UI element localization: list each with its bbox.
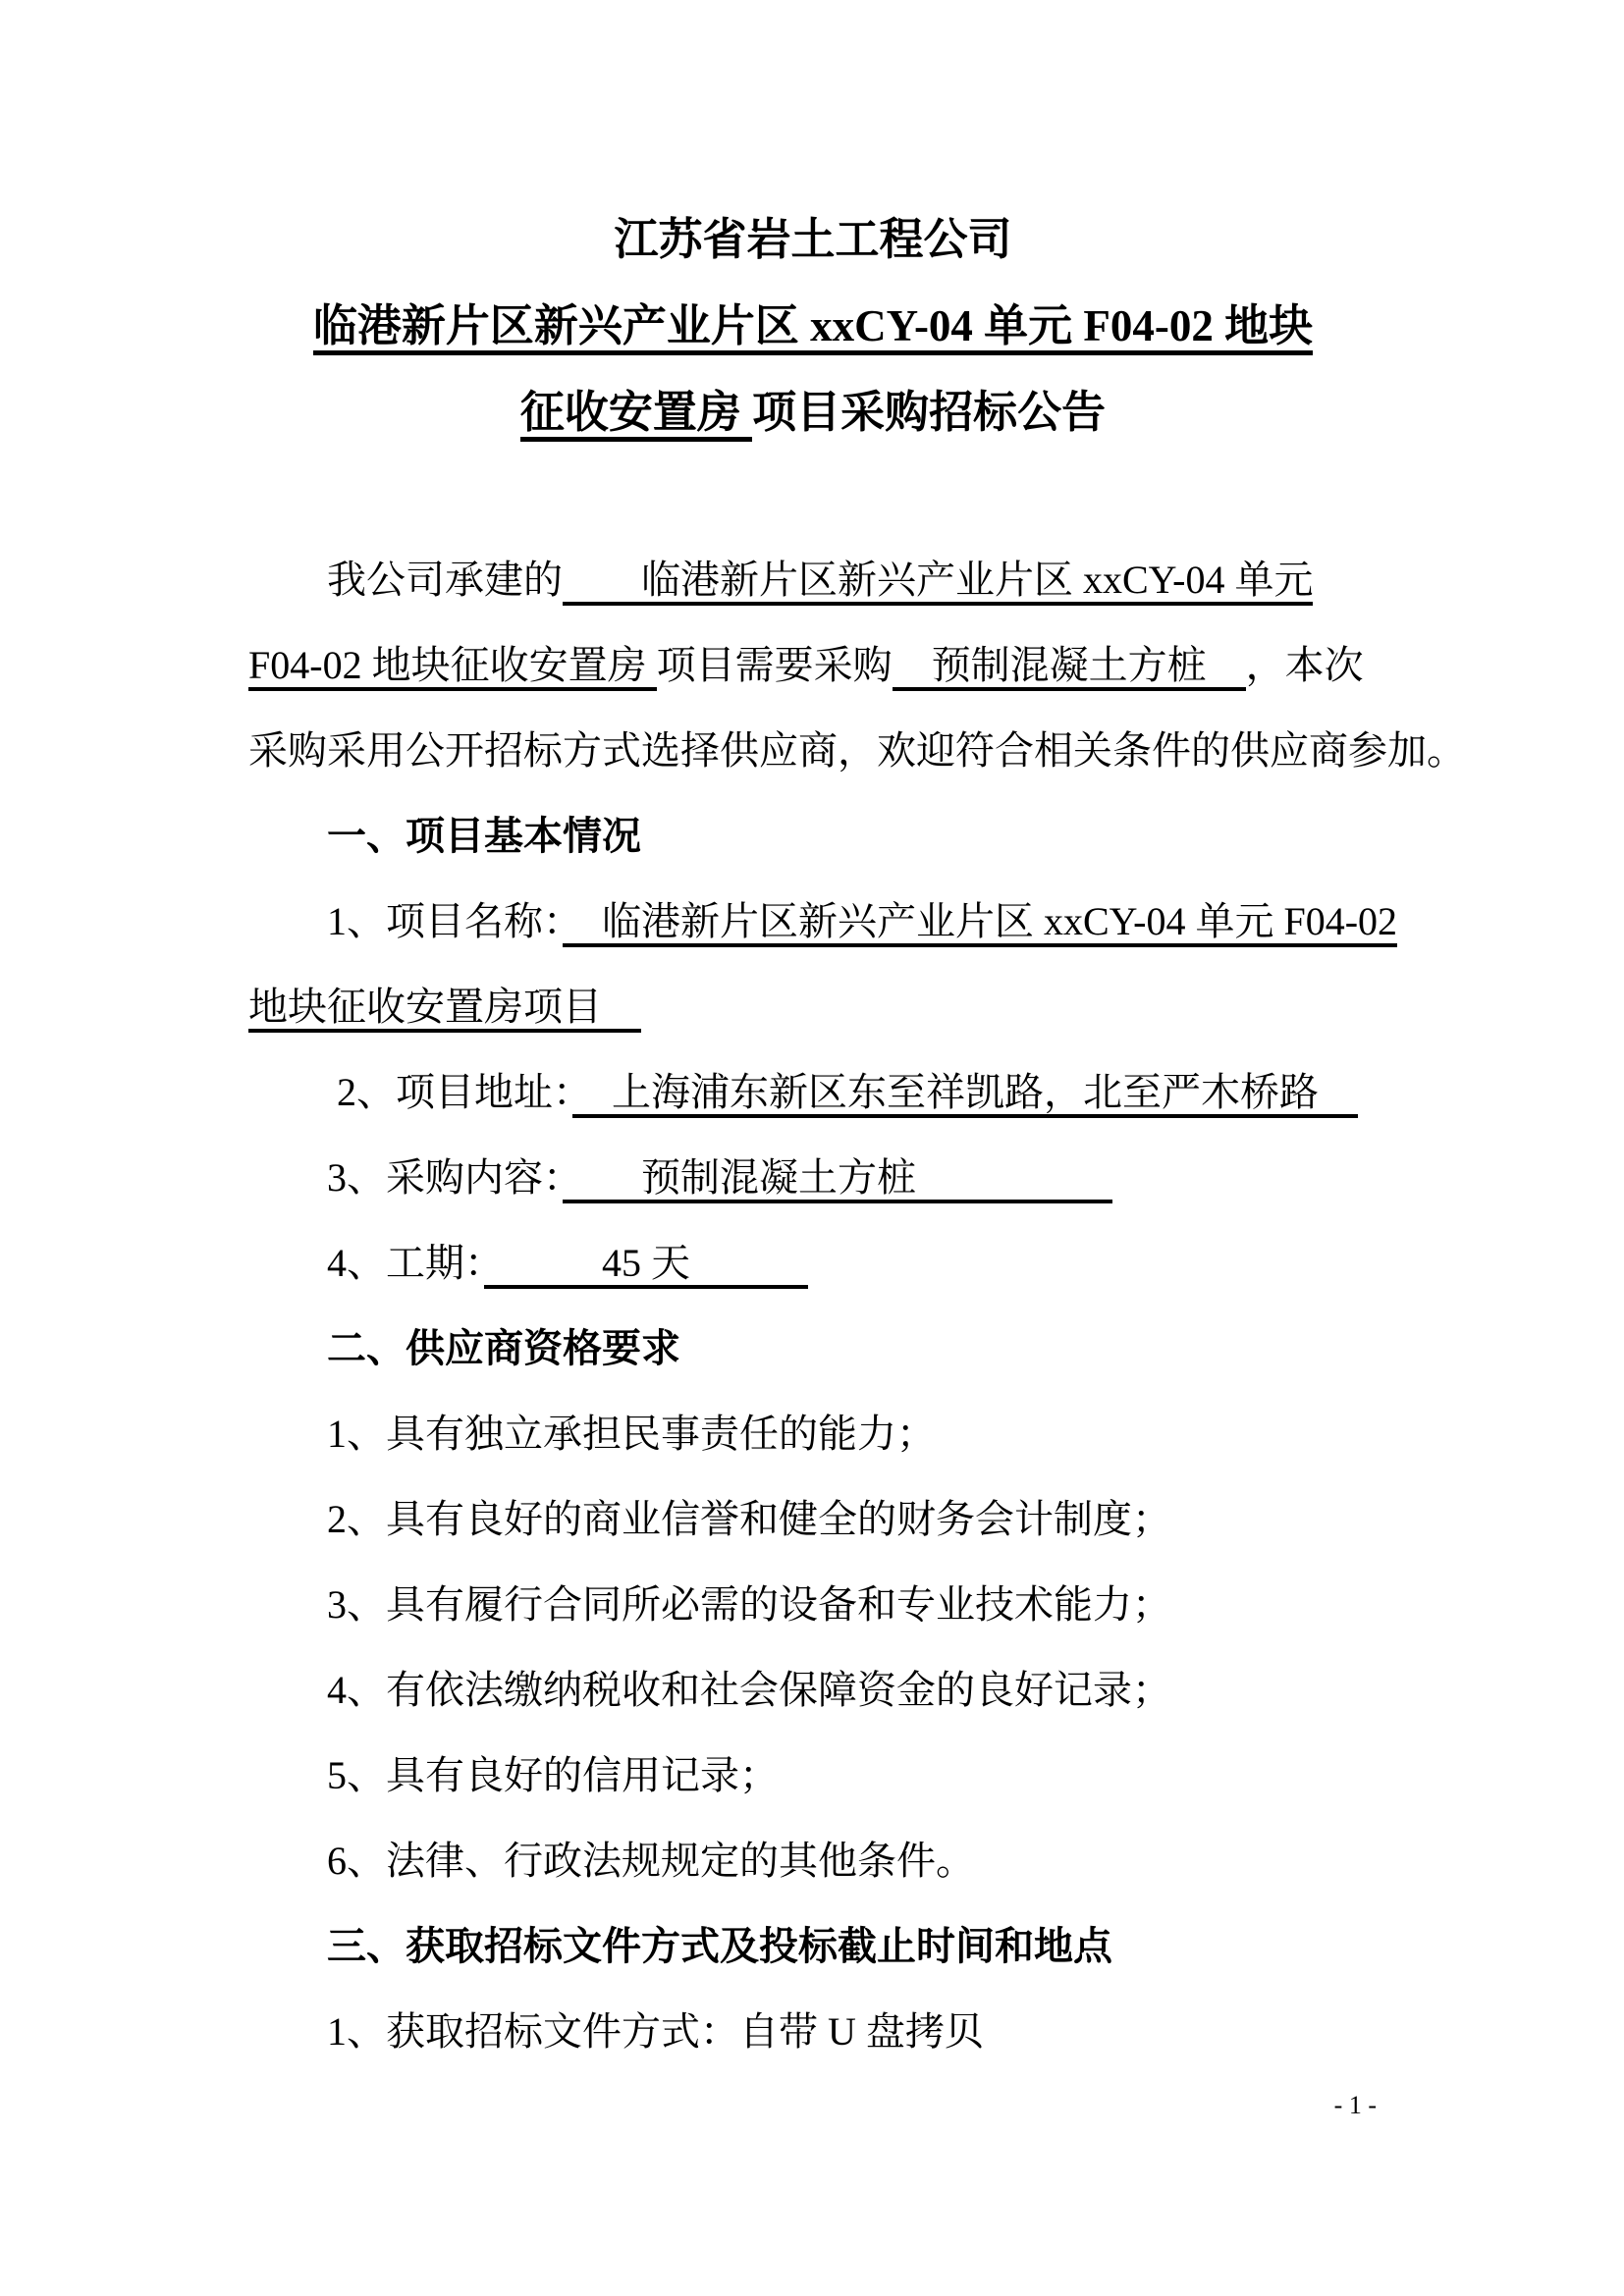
text-segment: 1、获取招标文件方式：自带 U 盘拷贝: [327, 2009, 984, 2054]
body-line: 1、具有独立承担民事责任的能力；: [248, 1391, 1387, 1476]
body-line: 1、项目名称： 临港新片区新兴产业片区 xxCY-04 单元 F04-02: [248, 879, 1387, 964]
body-line: F04-02 地块征收安置房 项目需要采购 预制混凝土方桩 ，本次: [248, 622, 1387, 708]
text-segment: 1、具有独立承担民事责任的能力；: [327, 1412, 936, 1456]
body-line: 2、具有良好的商业信誉和健全的财务会计制度；: [248, 1476, 1387, 1562]
body-line: 6、法律、行政法规规定的其他条件。: [248, 1818, 1387, 1903]
page-number: - 1 -: [1334, 2091, 1377, 2119]
text-segment: 项目需要采购: [657, 643, 893, 687]
body-line: 2、项目地址： 上海浦东新区东至祥凯路，北至严木桥路: [248, 1049, 1387, 1135]
title-line-company: 江苏省岩土工程公司: [248, 196, 1378, 283]
text-segment: 采购采用公开招标方式选择供应商，欢迎符合相关条件的供应商参加。: [248, 728, 1466, 773]
text-segment: 1、项目名称：: [327, 899, 563, 943]
document-body: 我公司承建的 临港新片区新兴产业片区 xxCY-04 单元F04-02 地块征收…: [248, 537, 1387, 2074]
body-line: 我公司承建的 临港新片区新兴产业片区 xxCY-04 单元: [248, 537, 1387, 622]
title-line-announcement: 征收安置房 项目采购招标公告: [248, 369, 1378, 455]
document-title: 江苏省岩土工程公司临港新片区新兴产业片区 xxCY-04 单元 F04-02 地…: [248, 196, 1378, 455]
body-line: 4、工期： 45 天: [248, 1220, 1387, 1306]
underlined-text-segment: 临港新片区新兴产业片区 xxCY-04 单元 F04-02: [563, 899, 1397, 947]
text-segment: 2、具有良好的商业信誉和健全的财务会计制度；: [327, 1497, 1171, 1541]
text-segment: 6、法律、行政法规规定的其他条件。: [327, 1839, 975, 1883]
page-footer: - 1 -: [1334, 2091, 1377, 2120]
underlined-text-segment: 临港新片区新兴产业片区 xxCY-04 单元 F04-02 地块: [313, 301, 1313, 355]
underlined-text-segment: 预制混凝土方桩: [893, 643, 1246, 691]
underlined-text-segment: 45 天: [484, 1241, 808, 1289]
body-line: 3、具有履行合同所必需的设备和专业技术能力；: [248, 1562, 1387, 1647]
text-segment: 我公司承建的: [327, 558, 563, 602]
body-line: 1、获取招标文件方式：自带 U 盘拷贝: [248, 1989, 1387, 2074]
text-segment: 2、项目地址：: [327, 1070, 572, 1114]
text-segment: 3、采购内容：: [327, 1155, 563, 1200]
text-segment: 3、具有履行合同所必需的设备和专业技术能力；: [327, 1582, 1171, 1627]
text-segment: 江苏省岩土工程公司: [614, 215, 1011, 264]
body-line: 三、获取招标文件方式及投标截止时间和地点: [248, 1903, 1387, 1989]
text-segment: 三、获取招标文件方式及投标截止时间和地点: [327, 1924, 1112, 1968]
underlined-text-segment: 上海浦东新区东至祥凯路，北至严木桥路: [572, 1070, 1358, 1118]
title-line-project: 临港新片区新兴产业片区 xxCY-04 单元 F04-02 地块: [248, 283, 1378, 369]
text-segment: ，本次: [1246, 643, 1364, 687]
underlined-text-segment: F04-02 地块征收安置房: [248, 643, 657, 691]
text-segment: 项目采购招标公告: [752, 388, 1106, 437]
text-segment: 5、具有良好的信用记录；: [327, 1753, 779, 1797]
body-line: 地块征收安置房项目: [248, 964, 1387, 1049]
body-line: 3、采购内容： 预制混凝土方桩: [248, 1135, 1387, 1220]
document-page: 江苏省岩土工程公司临港新片区新兴产业片区 xxCY-04 单元 F04-02 地…: [0, 0, 1624, 2296]
text-segment: 一、项目基本情况: [327, 814, 641, 858]
body-line: 二、供应商资格要求: [248, 1306, 1387, 1391]
body-line: 一、项目基本情况: [248, 793, 1387, 879]
body-line: 4、有依法缴纳税收和社会保障资金的良好记录；: [248, 1647, 1387, 1733]
underlined-text-segment: 征收安置房: [520, 388, 752, 442]
body-line: 5、具有良好的信用记录；: [248, 1733, 1387, 1818]
underlined-text-segment: 地块征收安置房项目: [248, 985, 641, 1033]
text-segment: 4、工期：: [327, 1241, 484, 1285]
underlined-text-segment: 预制混凝土方桩: [563, 1155, 1112, 1203]
text-segment: 4、有依法缴纳税收和社会保障资金的良好记录；: [327, 1668, 1171, 1712]
text-segment: 二、供应商资格要求: [327, 1326, 680, 1370]
underlined-text-segment: 临港新片区新兴产业片区 xxCY-04 单元: [563, 558, 1313, 606]
body-line: 采购采用公开招标方式选择供应商，欢迎符合相关条件的供应商参加。: [248, 708, 1387, 793]
